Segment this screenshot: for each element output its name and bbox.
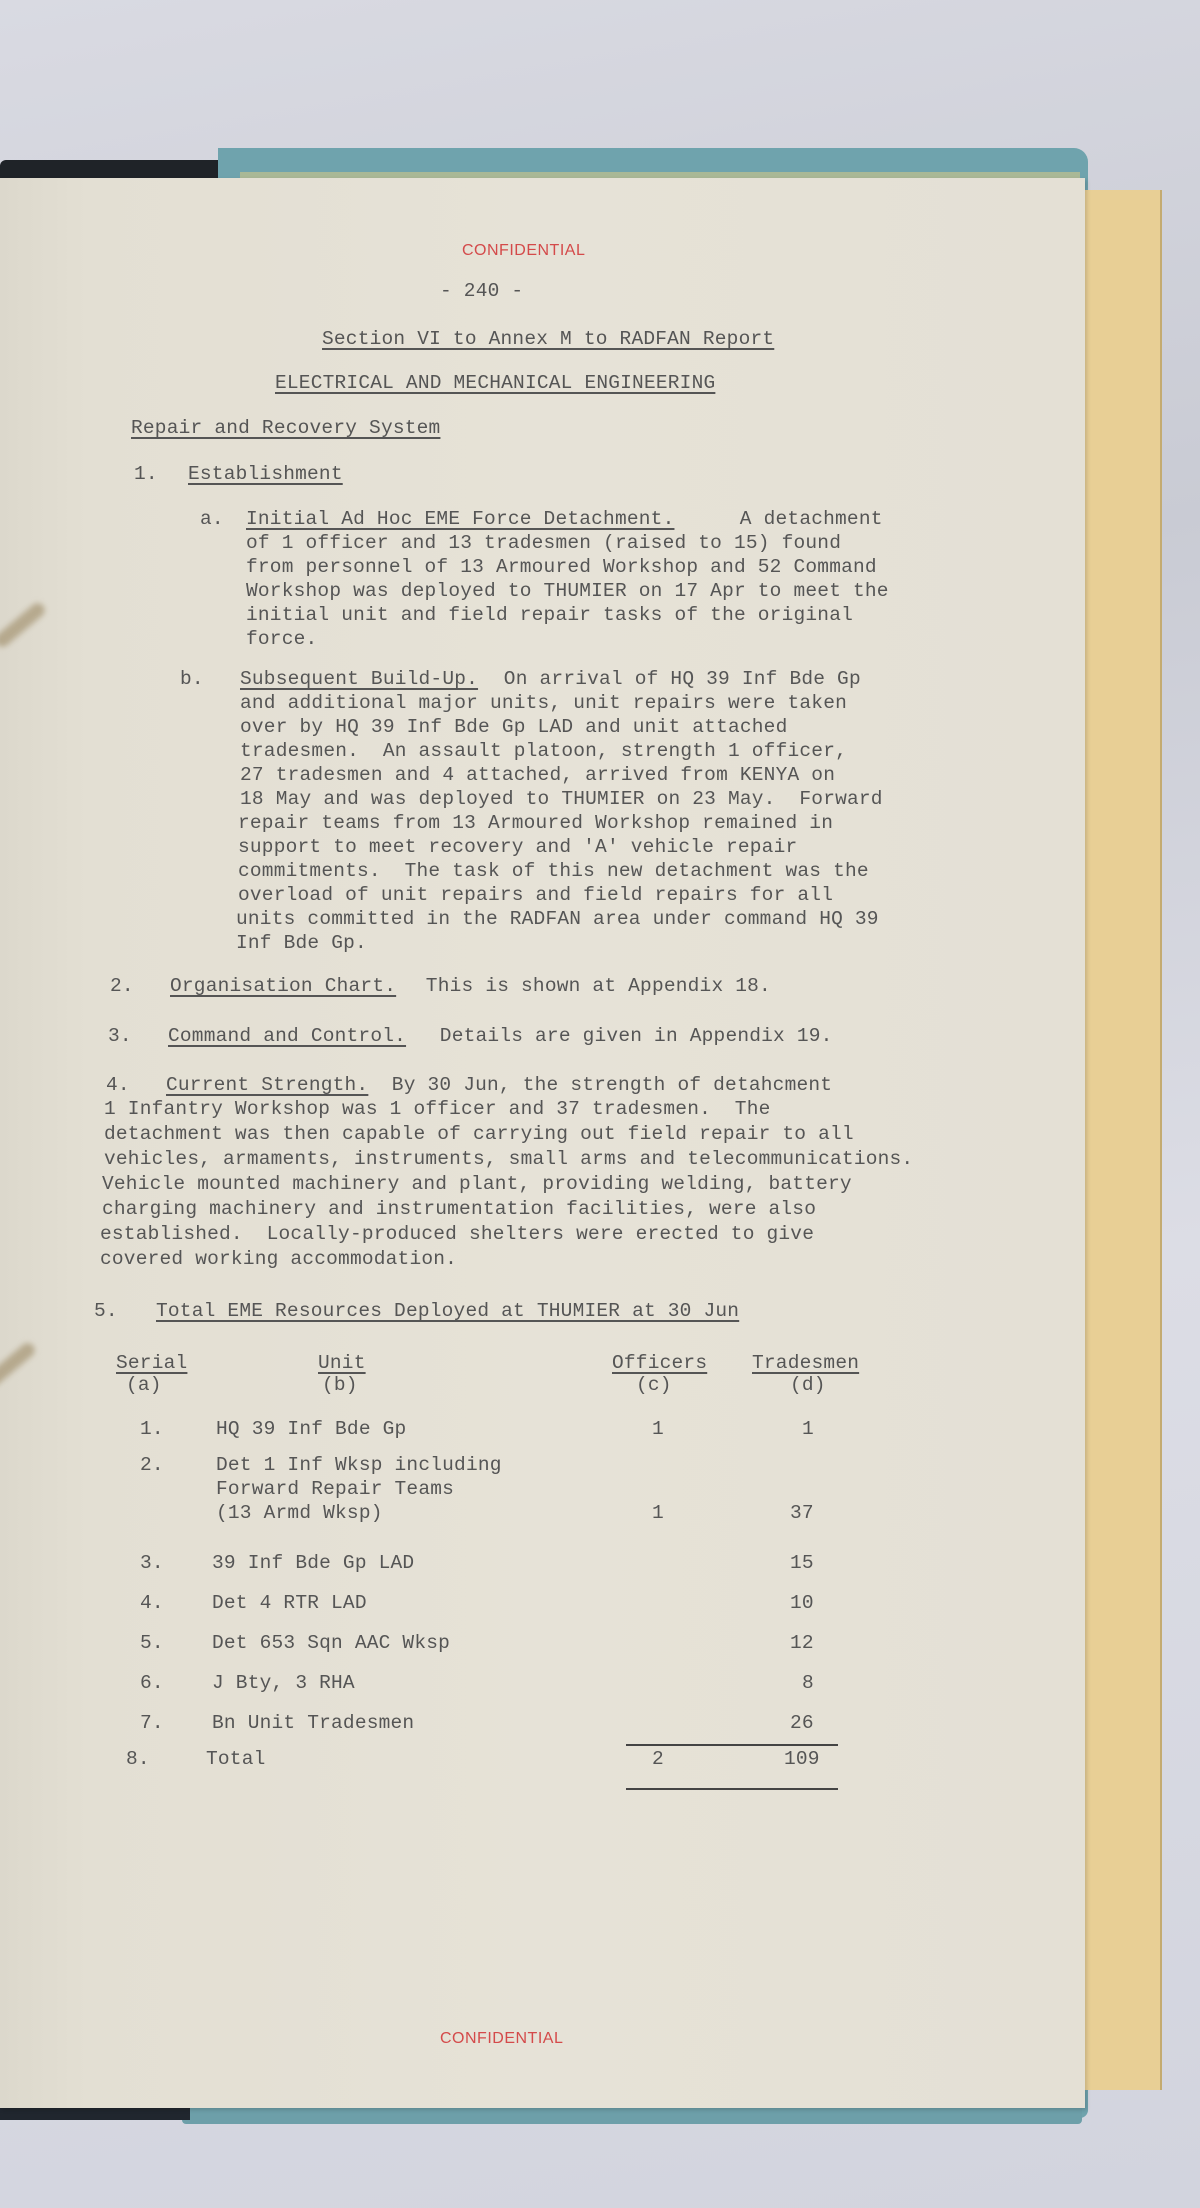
para-number: 4. <box>106 1074 130 1096</box>
binder-spine-bottom <box>0 2106 190 2120</box>
row-unit: 39 Inf Bde Gp LAD <box>212 1552 414 1574</box>
row-unit: Det 1 Inf Wksp including <box>216 1454 502 1476</box>
page-smudge <box>0 600 47 649</box>
text-line: 18 May and was deployed to THUMIER on 23… <box>240 788 883 810</box>
row-serial: 2. <box>140 1454 164 1476</box>
column-key: (a) <box>126 1374 162 1396</box>
text-line: 1 Infantry Workshop was 1 officer and 37… <box>104 1098 771 1120</box>
para-heading: Organisation Chart. <box>170 975 396 997</box>
column-header-tradesmen: Tradesmen <box>752 1352 859 1374</box>
row-unit: (13 Armd Wksp) <box>216 1502 383 1524</box>
text-line: over by HQ 39 Inf Bde Gp LAD and unit at… <box>240 716 788 738</box>
subheading: Repair and Recovery System <box>131 417 440 439</box>
row-officers: 1 <box>652 1502 664 1524</box>
column-header-unit: Unit <box>318 1352 366 1374</box>
page-smudge <box>0 1340 37 1389</box>
text-line: support to meet recovery and 'A' vehicle… <box>238 836 797 858</box>
text-line: detachment was then capable of carrying … <box>104 1123 854 1145</box>
row-serial: 4. <box>140 1592 164 1614</box>
total-rule-top <box>626 1744 838 1746</box>
text-line: repair teams from 13 Armoured Workshop r… <box>238 812 833 834</box>
column-header-officers: Officers <box>612 1352 707 1374</box>
column-key: (c) <box>636 1374 672 1396</box>
para-text: By 30 Jun, the strength of detahcment <box>368 1074 832 1096</box>
total-tradesmen: 109 <box>784 1748 820 1770</box>
column-key: (b) <box>322 1374 358 1396</box>
total-serial: 8. <box>126 1748 150 1770</box>
row-tradesmen: 26 <box>790 1712 814 1734</box>
row-unit: Det 653 Sqn AAC Wksp <box>212 1632 450 1654</box>
row-unit: Det 4 RTR LAD <box>212 1592 367 1614</box>
text-line: commitments. The task of this new detach… <box>238 860 869 882</box>
column-key: (d) <box>790 1374 826 1396</box>
row-tradesmen: 1 <box>802 1418 814 1440</box>
subpara-letter: b. <box>180 668 204 690</box>
total-officers: 2 <box>652 1748 664 1770</box>
text-line: On arrival of HQ 39 Inf Bde Gp <box>480 668 861 690</box>
row-tradesmen: 8 <box>802 1672 814 1694</box>
classification-footer: CONFIDENTIAL <box>440 2030 563 2048</box>
row-tradesmen: 12 <box>790 1632 814 1654</box>
para-text: This is shown at Appendix 18. <box>402 975 771 997</box>
main-title: ELECTRICAL AND MECHANICAL ENGINEERING <box>275 372 715 394</box>
para-number: 1. <box>134 463 158 485</box>
para-heading: Total EME Resources Deployed at THUMIER … <box>156 1300 739 1322</box>
para-number: 3. <box>108 1025 132 1047</box>
row-unit: Forward Repair Teams <box>216 1478 454 1500</box>
row-tradesmen: 10 <box>790 1592 814 1614</box>
row-serial: 5. <box>140 1632 164 1654</box>
page-number: - 240 - <box>440 280 523 302</box>
row-serial: 1. <box>140 1418 164 1440</box>
para-number: 2. <box>110 975 134 997</box>
row-unit: J Bty, 3 RHA <box>212 1672 355 1694</box>
para-heading: Command and Control. <box>168 1025 406 1047</box>
subpara-title: Initial Ad Hoc EME Force Detachment. <box>246 508 674 530</box>
subpara-letter: a. <box>200 508 224 530</box>
text-line: vehicles, armaments, instruments, small … <box>104 1148 913 1170</box>
row-officers: 1 <box>652 1418 664 1440</box>
row-tradesmen: 15 <box>790 1552 814 1574</box>
row-unit: Bn Unit Tradesmen <box>212 1712 414 1734</box>
section-title: Section VI to Annex M to RADFAN Report <box>322 328 774 350</box>
text-line: Vehicle mounted machinery and plant, pro… <box>102 1173 852 1195</box>
row-tradesmen: 37 <box>790 1502 814 1524</box>
row-unit: HQ 39 Inf Bde Gp <box>216 1418 406 1440</box>
total-label: Total <box>206 1748 266 1770</box>
text-line: initial unit and field repair tasks of t… <box>246 604 853 626</box>
row-serial: 6. <box>140 1672 164 1694</box>
row-serial: 3. <box>140 1552 164 1574</box>
para-heading: Establishment <box>188 463 343 485</box>
text-line: overload of unit repairs and field repai… <box>238 884 833 906</box>
column-header-serial: Serial <box>116 1352 187 1374</box>
text-line: Inf Bde Gp. <box>236 932 367 954</box>
text-line: A detachment <box>716 508 883 530</box>
text-line: 27 tradesmen and 4 attached, arrived fro… <box>240 764 835 786</box>
para-heading: Current Strength. <box>166 1074 368 1096</box>
text-line: charging machinery and instrumentation f… <box>102 1198 816 1220</box>
para-number: 5. <box>94 1300 118 1322</box>
text-line: covered working accommodation. <box>100 1248 457 1270</box>
text-line: force. <box>246 628 317 650</box>
classification-header: CONFIDENTIAL <box>462 242 585 260</box>
document-page: CONFIDENTIAL - 240 - Section VI to Annex… <box>0 178 1085 2108</box>
subpara-title: Subsequent Build-Up. <box>240 668 478 690</box>
text-line: from personnel of 13 Armoured Workshop a… <box>246 556 877 578</box>
text-line: established. Locally-produced shelters w… <box>100 1223 814 1245</box>
text-line: and additional major units, unit repairs… <box>240 692 847 714</box>
para-text: Details are given in Appendix 19. <box>416 1025 833 1047</box>
text-line: units committed in the RADFAN area under… <box>236 908 879 930</box>
row-serial: 7. <box>140 1712 164 1734</box>
total-rule-bottom <box>626 1788 838 1790</box>
text-line: Workshop was deployed to THUMIER on 17 A… <box>246 580 889 602</box>
text-line: tradesmen. An assault platoon, strength … <box>240 740 847 762</box>
text-line: of 1 officer and 13 tradesmen (raised to… <box>246 532 841 554</box>
